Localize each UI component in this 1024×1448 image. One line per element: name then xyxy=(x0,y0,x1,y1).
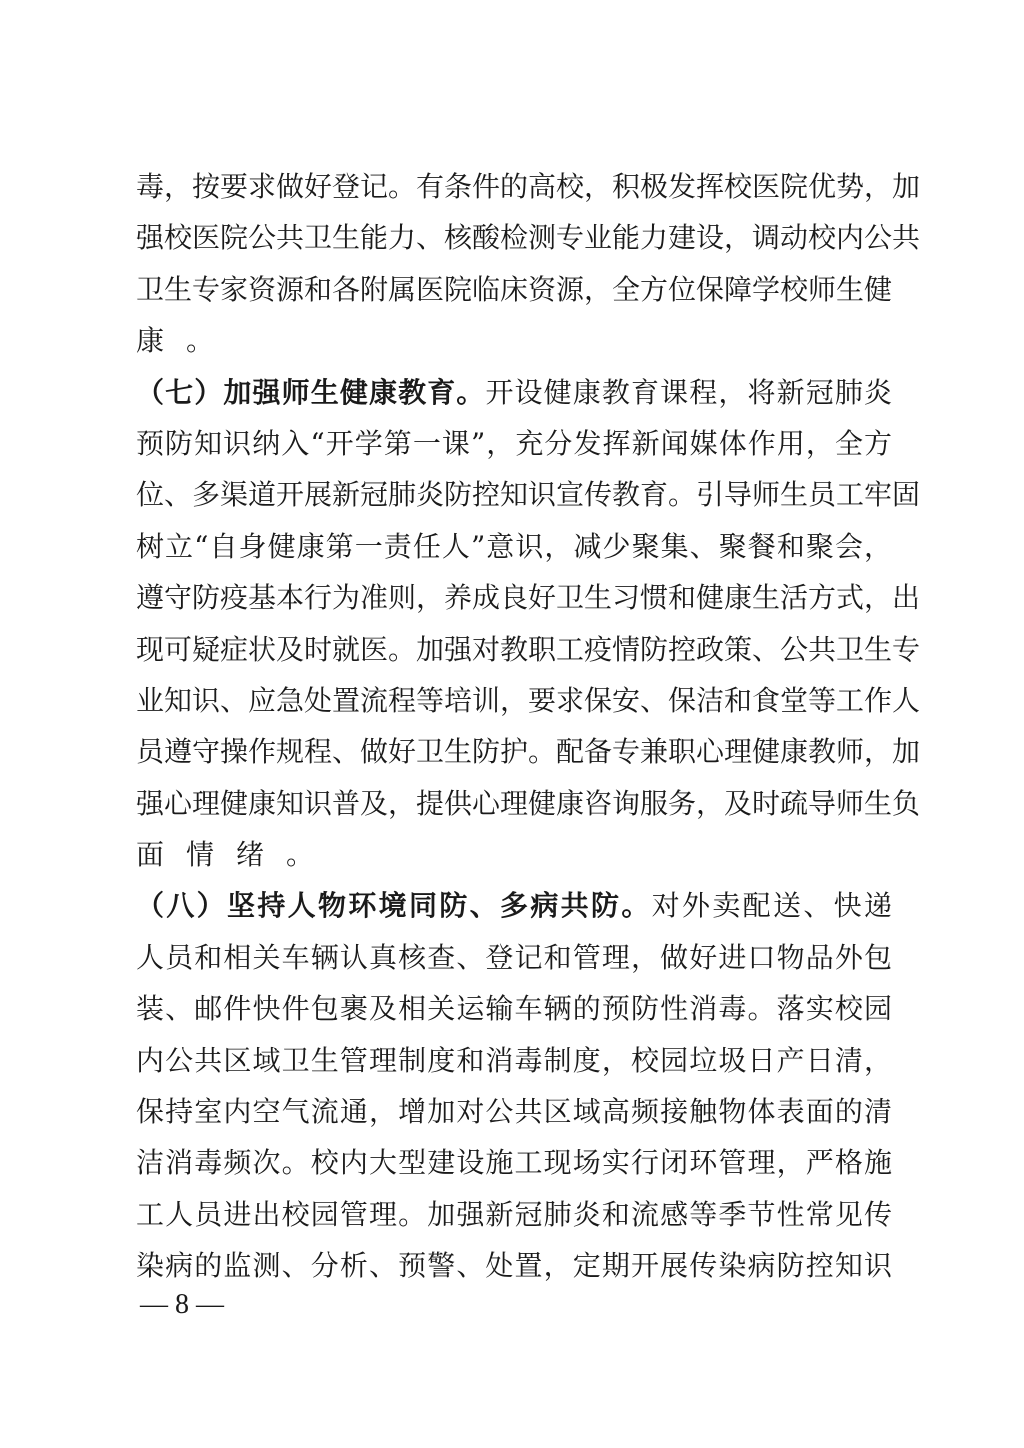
section-heading-line: （七）加强师生健康教育。开设健康教育课程，将新冠肺炎 xyxy=(136,367,892,418)
section-heading-7: （七）加强师生健康教育。 xyxy=(136,376,485,409)
text-line: 强校医院公共卫生能力、核酸检测专业能力建设，调动校内公共 xyxy=(136,212,892,263)
text-line: 毒，按要求做好登记。有条件的高校，积极发挥校医院优势，加 xyxy=(136,161,892,212)
text-line: 装、邮件快件包裹及相关运输车辆的预防性消毒。落实校园 xyxy=(136,983,892,1034)
text-line: 遵守防疫基本行为准则，养成良好卫生习惯和健康生活方式，出 xyxy=(136,572,892,623)
text-line: 树立“自身健康第一责任人”意识，减少聚集、聚餐和聚会， xyxy=(136,521,892,572)
text-line: 员遵守操作规程、做好卫生防护。配备专兼职心理健康教师，加 xyxy=(136,726,892,777)
text-line: 业知识、应急处置流程等培训，要求保安、保洁和食堂等工作人 xyxy=(136,675,892,726)
text-line: 洁消毒频次。校内大型建设施工现场实行闭环管理，严格施 xyxy=(136,1137,892,1188)
body-text: 毒，按要求做好登记。有条件的高校，积极发挥校医院优势，加 强校医院公共卫生能力、… xyxy=(136,161,892,1292)
text-line: 位、多渠道开展新冠肺炎防控知识宣传教育。引导师生员工牢固 xyxy=(136,469,892,520)
text-line: 强心理健康知识普及，提供心理健康咨询服务，及时疏导师生负 xyxy=(136,778,892,829)
text-line: 现可疑症状及时就医。加强对教职工疫情防控政策、公共卫生专 xyxy=(136,624,892,675)
text-line: 内公共区域卫生管理制度和消毒制度，校园垃圾日产日清， xyxy=(136,1035,892,1086)
text-line: 人员和相关车辆认真核查、登记和管理，做好进口物品外包 xyxy=(136,932,892,983)
text-line: 预防知识纳入“开学第一课”，充分发挥新闻媒体作用，全方 xyxy=(136,418,892,469)
text-segment: 对外卖配送、快递 xyxy=(652,889,892,922)
page-number: — 8 — xyxy=(140,1288,224,1322)
text-line: 保持室内空气流通，增加对公共区域高频接触物体表面的清 xyxy=(136,1086,892,1137)
document-page: 毒，按要求做好登记。有条件的高校，积极发挥校医院优势，加 强校医院公共卫生能力、… xyxy=(0,0,1024,1448)
section-heading-8: （八）坚持人物环境同防、多病共防。 xyxy=(136,889,652,922)
text-segment: 开设健康教育课程，将新冠肺炎 xyxy=(485,376,892,409)
text-line: 康。 xyxy=(136,315,892,366)
text-line: 卫生专家资源和各附属医院临床资源，全方位保障学校师生健 xyxy=(136,264,892,315)
text-line: 工人员进出校园管理。加强新冠肺炎和流感等季节性常见传 xyxy=(136,1189,892,1240)
text-line: 面情绪。 xyxy=(136,829,892,880)
text-line: 染病的监测、分析、预警、处置，定期开展传染病防控知识 xyxy=(136,1240,892,1291)
section-heading-line: （八）坚持人物环境同防、多病共防。对外卖配送、快递 xyxy=(136,880,892,931)
